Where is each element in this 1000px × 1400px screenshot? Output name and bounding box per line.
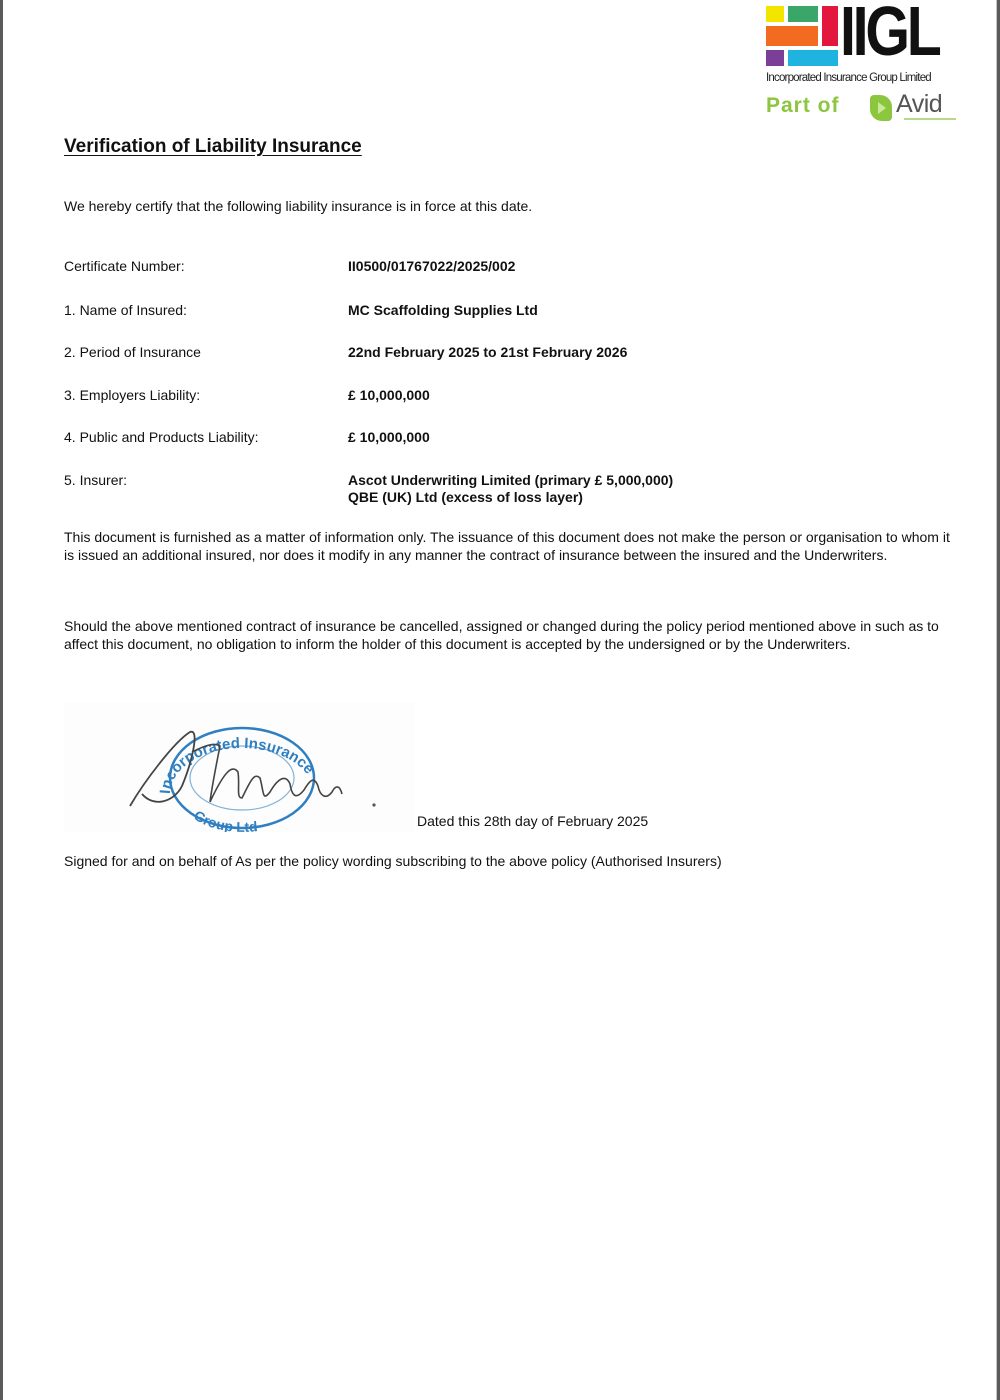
document-title: Verification of Liability Insurance	[64, 136, 362, 158]
value-line: £ 10,000,000	[348, 429, 430, 445]
field-label: 1. Name of Insured:	[64, 302, 187, 318]
certification-statement: We hereby certify that the following lia…	[64, 198, 532, 214]
field-value: II0500/01767022/2025/002	[348, 258, 515, 275]
page-edge-left	[0, 0, 3, 1400]
disclaimer-cancellation: Should the above mentioned contract of i…	[64, 618, 954, 653]
logo-avid: Avid	[896, 90, 942, 119]
logo-block-cyan	[788, 50, 838, 66]
logo-block-orange	[766, 26, 818, 46]
value-line: MC Scaffolding Supplies Ltd	[348, 302, 538, 318]
logo-letters: IIGL	[840, 0, 938, 66]
field-value: MC Scaffolding Supplies Ltd	[348, 302, 538, 319]
signature-dot	[372, 803, 375, 806]
field-value: Ascot Underwriting Limited (primary £ 5,…	[348, 472, 673, 506]
logo-company-name: Incorporated Insurance Group Limited	[766, 72, 931, 84]
field-label: 4. Public and Products Liability:	[64, 429, 259, 445]
avid-leaf-icon	[870, 95, 892, 121]
logo-block-yellow	[766, 6, 784, 22]
signed-on-behalf: Signed for and on behalf of As per the p…	[64, 853, 722, 869]
logo-part-of: Part of	[766, 94, 840, 118]
value-line: 22nd February 2025 to 21st February 2026	[348, 344, 627, 360]
signature-area: Incorporated Insurance Group Ltd	[64, 702, 414, 832]
dated-line: Dated this 28th day of February 2025	[417, 813, 648, 829]
logo-block-purple	[766, 50, 784, 66]
value-line: QBE (UK) Ltd (excess of loss layer)	[348, 489, 583, 505]
field-label: 5. Insurer:	[64, 472, 127, 488]
value-line: Ascot Underwriting Limited (primary £ 5,…	[348, 472, 673, 488]
logo-block-green	[788, 6, 818, 22]
field-value: 22nd February 2025 to 21st February 2026	[348, 344, 627, 361]
signature-stamp-graphic: Incorporated Insurance Group Ltd	[64, 702, 414, 832]
logo-avid-tagline	[904, 118, 956, 120]
iigl-logo: IIGL Incorporated Insurance Group Limite…	[764, 6, 964, 124]
field-value: £ 10,000,000	[348, 429, 430, 446]
value-line: £ 10,000,000	[348, 387, 430, 403]
value-line: II0500/01767022/2025/002	[348, 258, 515, 274]
field-label: Certificate Number:	[64, 258, 185, 274]
stamp-text-bottom: Group Ltd	[191, 807, 258, 832]
field-label: 2. Period of Insurance	[64, 344, 201, 360]
logo-block-red	[822, 6, 838, 46]
field-label: 3. Employers Liability:	[64, 387, 200, 403]
field-value: £ 10,000,000	[348, 387, 430, 404]
disclaimer-information-only: This document is furnished as a matter o…	[64, 529, 954, 564]
